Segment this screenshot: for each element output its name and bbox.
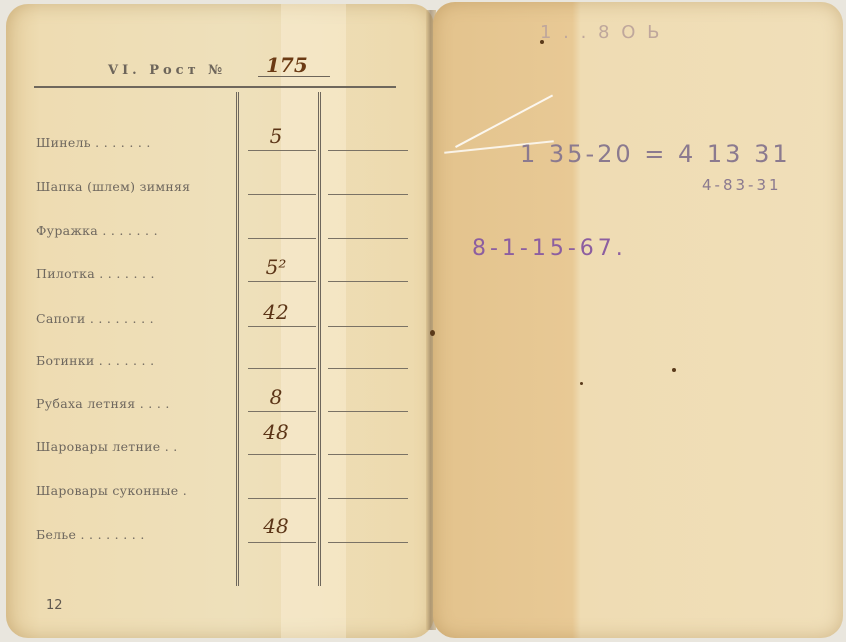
- pencil-calculation: 1 35-20 = 4 13 31: [520, 140, 791, 168]
- item-row-overcoat: Шинель . . . . . . . 5: [36, 124, 416, 154]
- section-title: VI. Рост № 175: [108, 63, 226, 78]
- right-page: [433, 2, 843, 638]
- item-label: Белье . . . . . . . .: [36, 527, 145, 542]
- item-size: 42: [246, 300, 306, 324]
- extra-line: [328, 326, 408, 327]
- height-underline: [258, 76, 330, 77]
- size-line: [248, 411, 316, 412]
- stain: [430, 330, 435, 336]
- extra-line: [328, 498, 408, 499]
- item-label: Фуражка . . . . . . .: [36, 223, 158, 238]
- extra-line: [328, 281, 408, 282]
- item-label: Шаровары суконные .: [36, 483, 187, 498]
- faint-pencil-note: 1 . . 8 О Ь: [540, 22, 662, 43]
- item-size: 48: [246, 420, 306, 444]
- extra-line: [328, 411, 408, 412]
- size-line: [248, 326, 316, 327]
- item-row-winter-hat: Шапка (шлем) зимняя: [36, 168, 416, 198]
- item-label: Рубаха летняя . . . .: [36, 396, 170, 411]
- size-line: [248, 368, 316, 369]
- extra-line: [328, 542, 408, 543]
- column-divider-2: [318, 92, 321, 586]
- item-row-underwear: Белье . . . . . . . . 48: [36, 516, 416, 546]
- ink-note: 8-1-15-67.: [472, 236, 627, 261]
- item-row-boots: Сапоги . . . . . . . . 42: [36, 300, 416, 330]
- item-row-wool-trousers: Шаровары суконные .: [36, 472, 416, 502]
- header-rule: [34, 86, 396, 88]
- size-line: [248, 542, 316, 543]
- size-line: [248, 281, 316, 282]
- item-row-garrison-cap: Пилотка . . . . . . . 5²: [36, 255, 416, 285]
- item-size: 48: [246, 514, 306, 538]
- item-size: 5: [246, 124, 306, 148]
- item-size: 8: [246, 385, 306, 409]
- size-line: [248, 498, 316, 499]
- stain: [580, 382, 583, 385]
- item-label: Пилотка . . . . . . .: [36, 266, 155, 281]
- stain: [672, 368, 676, 372]
- pencil-result: 4-83-31: [702, 176, 782, 194]
- size-line: [248, 194, 316, 195]
- size-line: [248, 454, 316, 455]
- height-number: 175: [266, 53, 308, 77]
- item-row-summer-trousers: Шаровары летние . . 48: [36, 428, 416, 458]
- item-row-cap: Фуражка . . . . . . .: [36, 212, 416, 242]
- size-line: [248, 150, 316, 151]
- extra-line: [328, 194, 408, 195]
- page-number: 12: [46, 598, 63, 613]
- size-line: [248, 238, 316, 239]
- column-divider-1: [236, 92, 239, 586]
- extra-line: [328, 454, 408, 455]
- item-label: Шинель . . . . . . .: [36, 135, 151, 150]
- extra-line: [328, 150, 408, 151]
- extra-line: [328, 238, 408, 239]
- stain: [540, 40, 544, 44]
- item-label: Ботинки . . . . . . .: [36, 353, 154, 368]
- section-title-text: VI. Рост №: [108, 63, 226, 78]
- extra-line: [328, 368, 408, 369]
- item-row-summer-shirt: Рубаха летняя . . . . 8: [36, 385, 416, 415]
- item-row-shoes: Ботинки . . . . . . .: [36, 342, 416, 372]
- item-label: Сапоги . . . . . . . .: [36, 311, 154, 326]
- item-label: Шаровары летние . .: [36, 439, 178, 454]
- item-label: Шапка (шлем) зимняя: [36, 179, 190, 194]
- item-size: 5²: [246, 255, 306, 279]
